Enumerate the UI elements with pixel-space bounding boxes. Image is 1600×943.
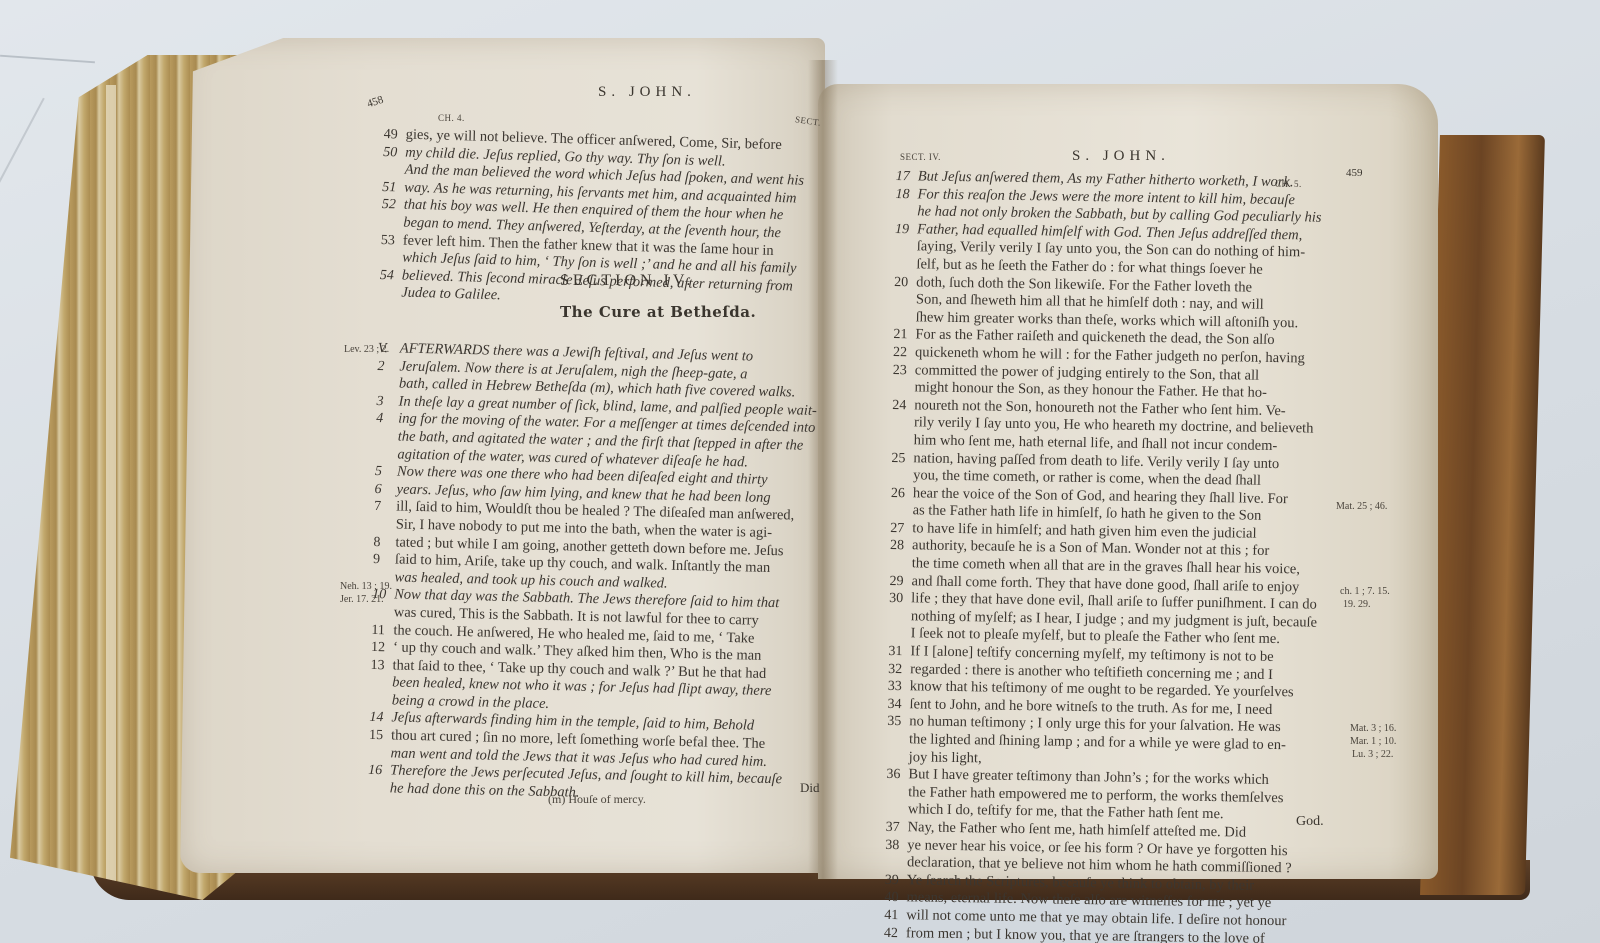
- photo-scene: 458 S. JOHN. CH. 4. SECT. 49gies, ye wil…: [0, 0, 1600, 943]
- left-chapter-marker: CH. 4.: [438, 113, 465, 123]
- surface-crack: [0, 55, 95, 64]
- margin-reference: Mat. 3 ; 16.: [1350, 722, 1396, 735]
- left-catchword: Did: [800, 778, 820, 797]
- right-catchword: God.: [1296, 812, 1324, 831]
- margin-reference: ch. 1 ; 7. 15.: [1340, 585, 1390, 598]
- left-footnote: (m) Houſe of mercy.: [548, 792, 646, 807]
- right-section-marker: SECT. IV.: [900, 152, 941, 162]
- right-page-text: 17But Jeſus anſwered them, As my Father …: [884, 168, 1324, 943]
- right-page-number: 459: [1346, 167, 1363, 179]
- section-subtitle: The Cure at Betheſda.: [560, 303, 756, 321]
- left-running-head: S. JOHN.: [598, 84, 696, 101]
- margin-reference: Mat. 25 ; 46.: [1336, 500, 1387, 513]
- margin-reference: 19. 29.: [1343, 598, 1371, 611]
- section-title: SECTION IV.: [560, 272, 694, 290]
- margin-reference: Lu. 3 ; 22.: [1352, 748, 1393, 761]
- margin-reference: Mar. 1 ; 10.: [1350, 735, 1396, 748]
- book-cover-spine-edge: [1420, 135, 1545, 895]
- surface-crack: [0, 98, 45, 223]
- right-running-head: S. JOHN.: [1072, 148, 1170, 165]
- left-section-text: V.AFTERWARDS there was a Jewiſh feſtival…: [368, 340, 819, 807]
